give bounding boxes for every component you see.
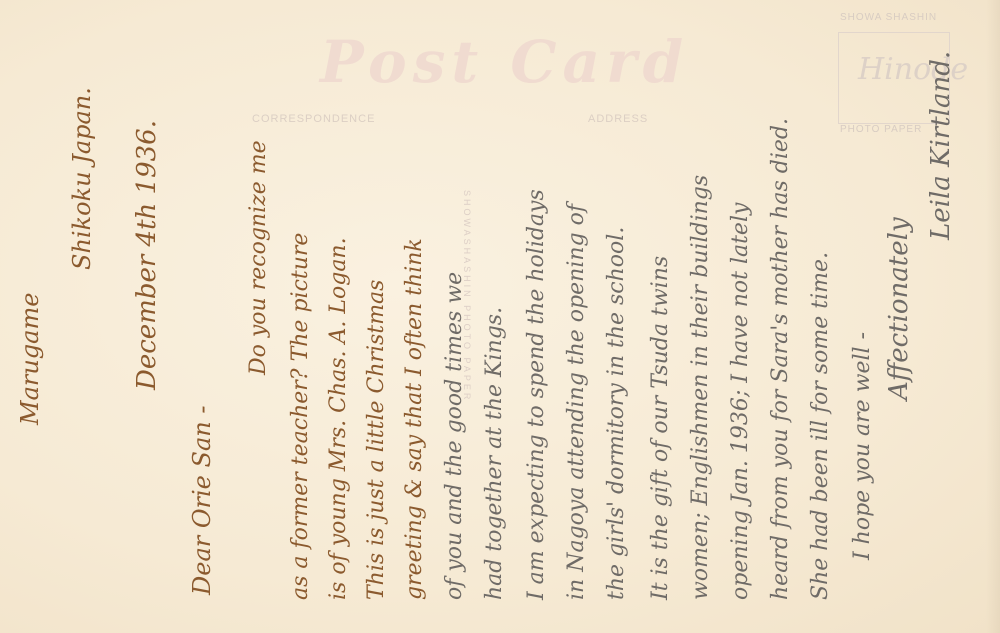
heading-date: December 4th 1936. [134,120,160,390]
stamp-box-bottom-text: PHOTO PAPER [840,124,922,135]
body-line: It is the gift of our Tsuda twins [650,256,672,600]
body-line: had together at the Kings. [484,307,506,600]
body-line: She had been ill for some time. [810,252,832,600]
body-line: Do you recognize me [248,140,270,375]
address-label: ADDRESS [588,113,648,125]
body-line: of you and the good times we [444,272,466,600]
body-line: opening Jan. 1936; I have not lately [730,203,752,600]
body-line: women; Englishmen in their buildings [690,175,712,600]
signature: Leila Kirtland. [928,51,954,240]
body-line: I am expecting to spend the holidays [526,189,548,600]
body-line: I hope you are well - [852,332,874,560]
postcard: Post Card CORRESPONDENCE ADDRESS SHOWASH… [0,0,1000,633]
body-line: heard from you for Sara's mother has die… [770,118,792,600]
card-edge-shadow [986,0,1000,633]
heading-place: Marugame [18,293,42,425]
salutation: Dear Orie San - [190,406,214,595]
closing: Affectionately [886,217,912,400]
heading-region: Shikoku Japan. [70,87,94,270]
correspondence-label: CORRESPONDENCE [252,113,375,125]
body-line: in Nagoya attending the opening of [566,204,588,600]
body-line: as a former teacher? The picture [290,233,312,600]
body-line: is of young Mrs. Chas. A. Logan. [328,237,350,600]
body-line: the girls' dormitory in the school. [606,227,628,600]
body-line: This is just a little Christmas [366,280,388,600]
printed-post-card-title: Post Card [320,28,689,96]
body-line: greeting & say that I often think [404,238,426,600]
stamp-box-top-text: SHOWA SHASHIN [840,12,937,23]
